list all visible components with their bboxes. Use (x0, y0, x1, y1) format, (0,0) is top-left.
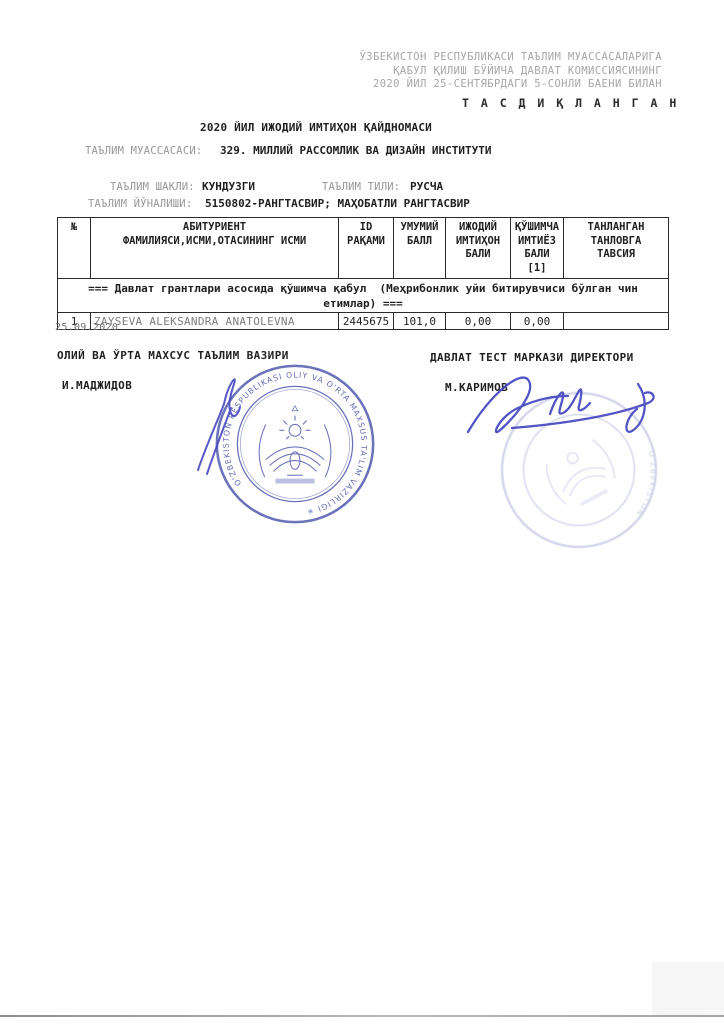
cell-creative-score: 0,00 (446, 313, 511, 330)
grant-section-text: === Давлат грантлари асосида қўшимча қаб… (58, 279, 669, 313)
education-form-value: КУНДУЗГИ (202, 180, 255, 193)
right-signature (452, 352, 664, 447)
education-direction-value: 5150802-РАНГТАСВИР; МАҲОБАТЛИ РАНГТАСВИР (205, 197, 470, 210)
cell-applicant-name: ZAYSEVA ALEKSANDRA ANATOLEVNA (91, 313, 339, 330)
coat-of-arms-emblem (259, 406, 331, 481)
document-title: 2020 ЙИЛ ИЖОДИЙ ИМТИҲОН ҚАЙДНОМАСИ (200, 121, 432, 134)
col-total-score: УМУМИЙ БАЛЛ (394, 218, 446, 279)
institution-label: ТАЪЛИМ МУАССАСАСИ: (85, 145, 202, 157)
col-bonus-score: ҚЎШИМЧА ИМТИЁЗ БАЛИ [1] (511, 218, 564, 279)
scan-shadow (652, 962, 724, 1015)
cell-id: 2445675 (339, 313, 394, 330)
cell-recommendation (564, 313, 669, 330)
scan-edge-line (0, 1015, 724, 1017)
col-id: ID РАҚАМИ (339, 218, 394, 279)
approved-stamp-text: Т А С Д И Қ Л А Н Г А Н (462, 96, 679, 110)
table-row: 1 ZAYSEVA ALEKSANDRA ANATOLEVNA 2445675 … (58, 313, 669, 330)
results-table: № АБИТУРИЕНТ ФАМИЛИЯСИ,ИСМИ,ОТАСИНИНГ ИС… (57, 217, 669, 330)
left-signature (188, 362, 253, 480)
table-header-row: № АБИТУРИЕНТ ФАМИЛИЯСИ,ИСМИ,ОТАСИНИНГ ИС… (58, 218, 669, 279)
left-signatory-name: И.МАДЖИДОВ (62, 379, 132, 392)
svg-text:O'ZBEKISTON: O'ZBEKISTON (611, 448, 668, 520)
education-language-label: ТАЪЛИМ ТИЛИ: (322, 181, 400, 193)
seal-center-marks (541, 437, 622, 513)
approval-note: ЎЗБЕКИСТОН РЕСПУБЛИКАСИ ТАЪЛИМ МУАССАСАЛ… (360, 51, 662, 92)
document-page: ЎЗБЕКИСТОН РЕСПУБЛИКАСИ ТАЪЛИМ МУАССАСАЛ… (0, 0, 724, 1024)
col-applicant: АБИТУРИЕНТ ФАМИЛИЯСИ,ИСМИ,ОТАСИНИНГ ИСМИ (91, 218, 339, 279)
education-language-value: РУСЧА (410, 180, 443, 193)
education-direction-label: ТАЪЛИМ ЙЎНАЛИШИ: (88, 198, 192, 210)
cell-bonus-score: 0,00 (511, 313, 564, 330)
section-row: === Давлат грантлари асосида қўшимча қаб… (58, 279, 669, 313)
seal-ring-text-fragment: O'ZBEKISTON (611, 448, 668, 520)
institution-value: 329. МИЛЛИЙ РАССОМЛИК ВА ДИЗАЙН ИНСТИТУТ… (220, 144, 492, 157)
col-creative-score: ИЖОДИЙ ИМТИҲОН БАЛИ (446, 218, 511, 279)
protocol-date: 25.09.2020 (55, 322, 118, 333)
cell-total-score: 101,0 (394, 313, 446, 330)
col-recommendation: ТАНЛАНГАН ТАНЛОВГА ТАВСИЯ (564, 218, 669, 279)
col-number: № (58, 218, 91, 279)
education-form-label: ТАЪЛИМ ШАКЛИ: (110, 181, 195, 193)
